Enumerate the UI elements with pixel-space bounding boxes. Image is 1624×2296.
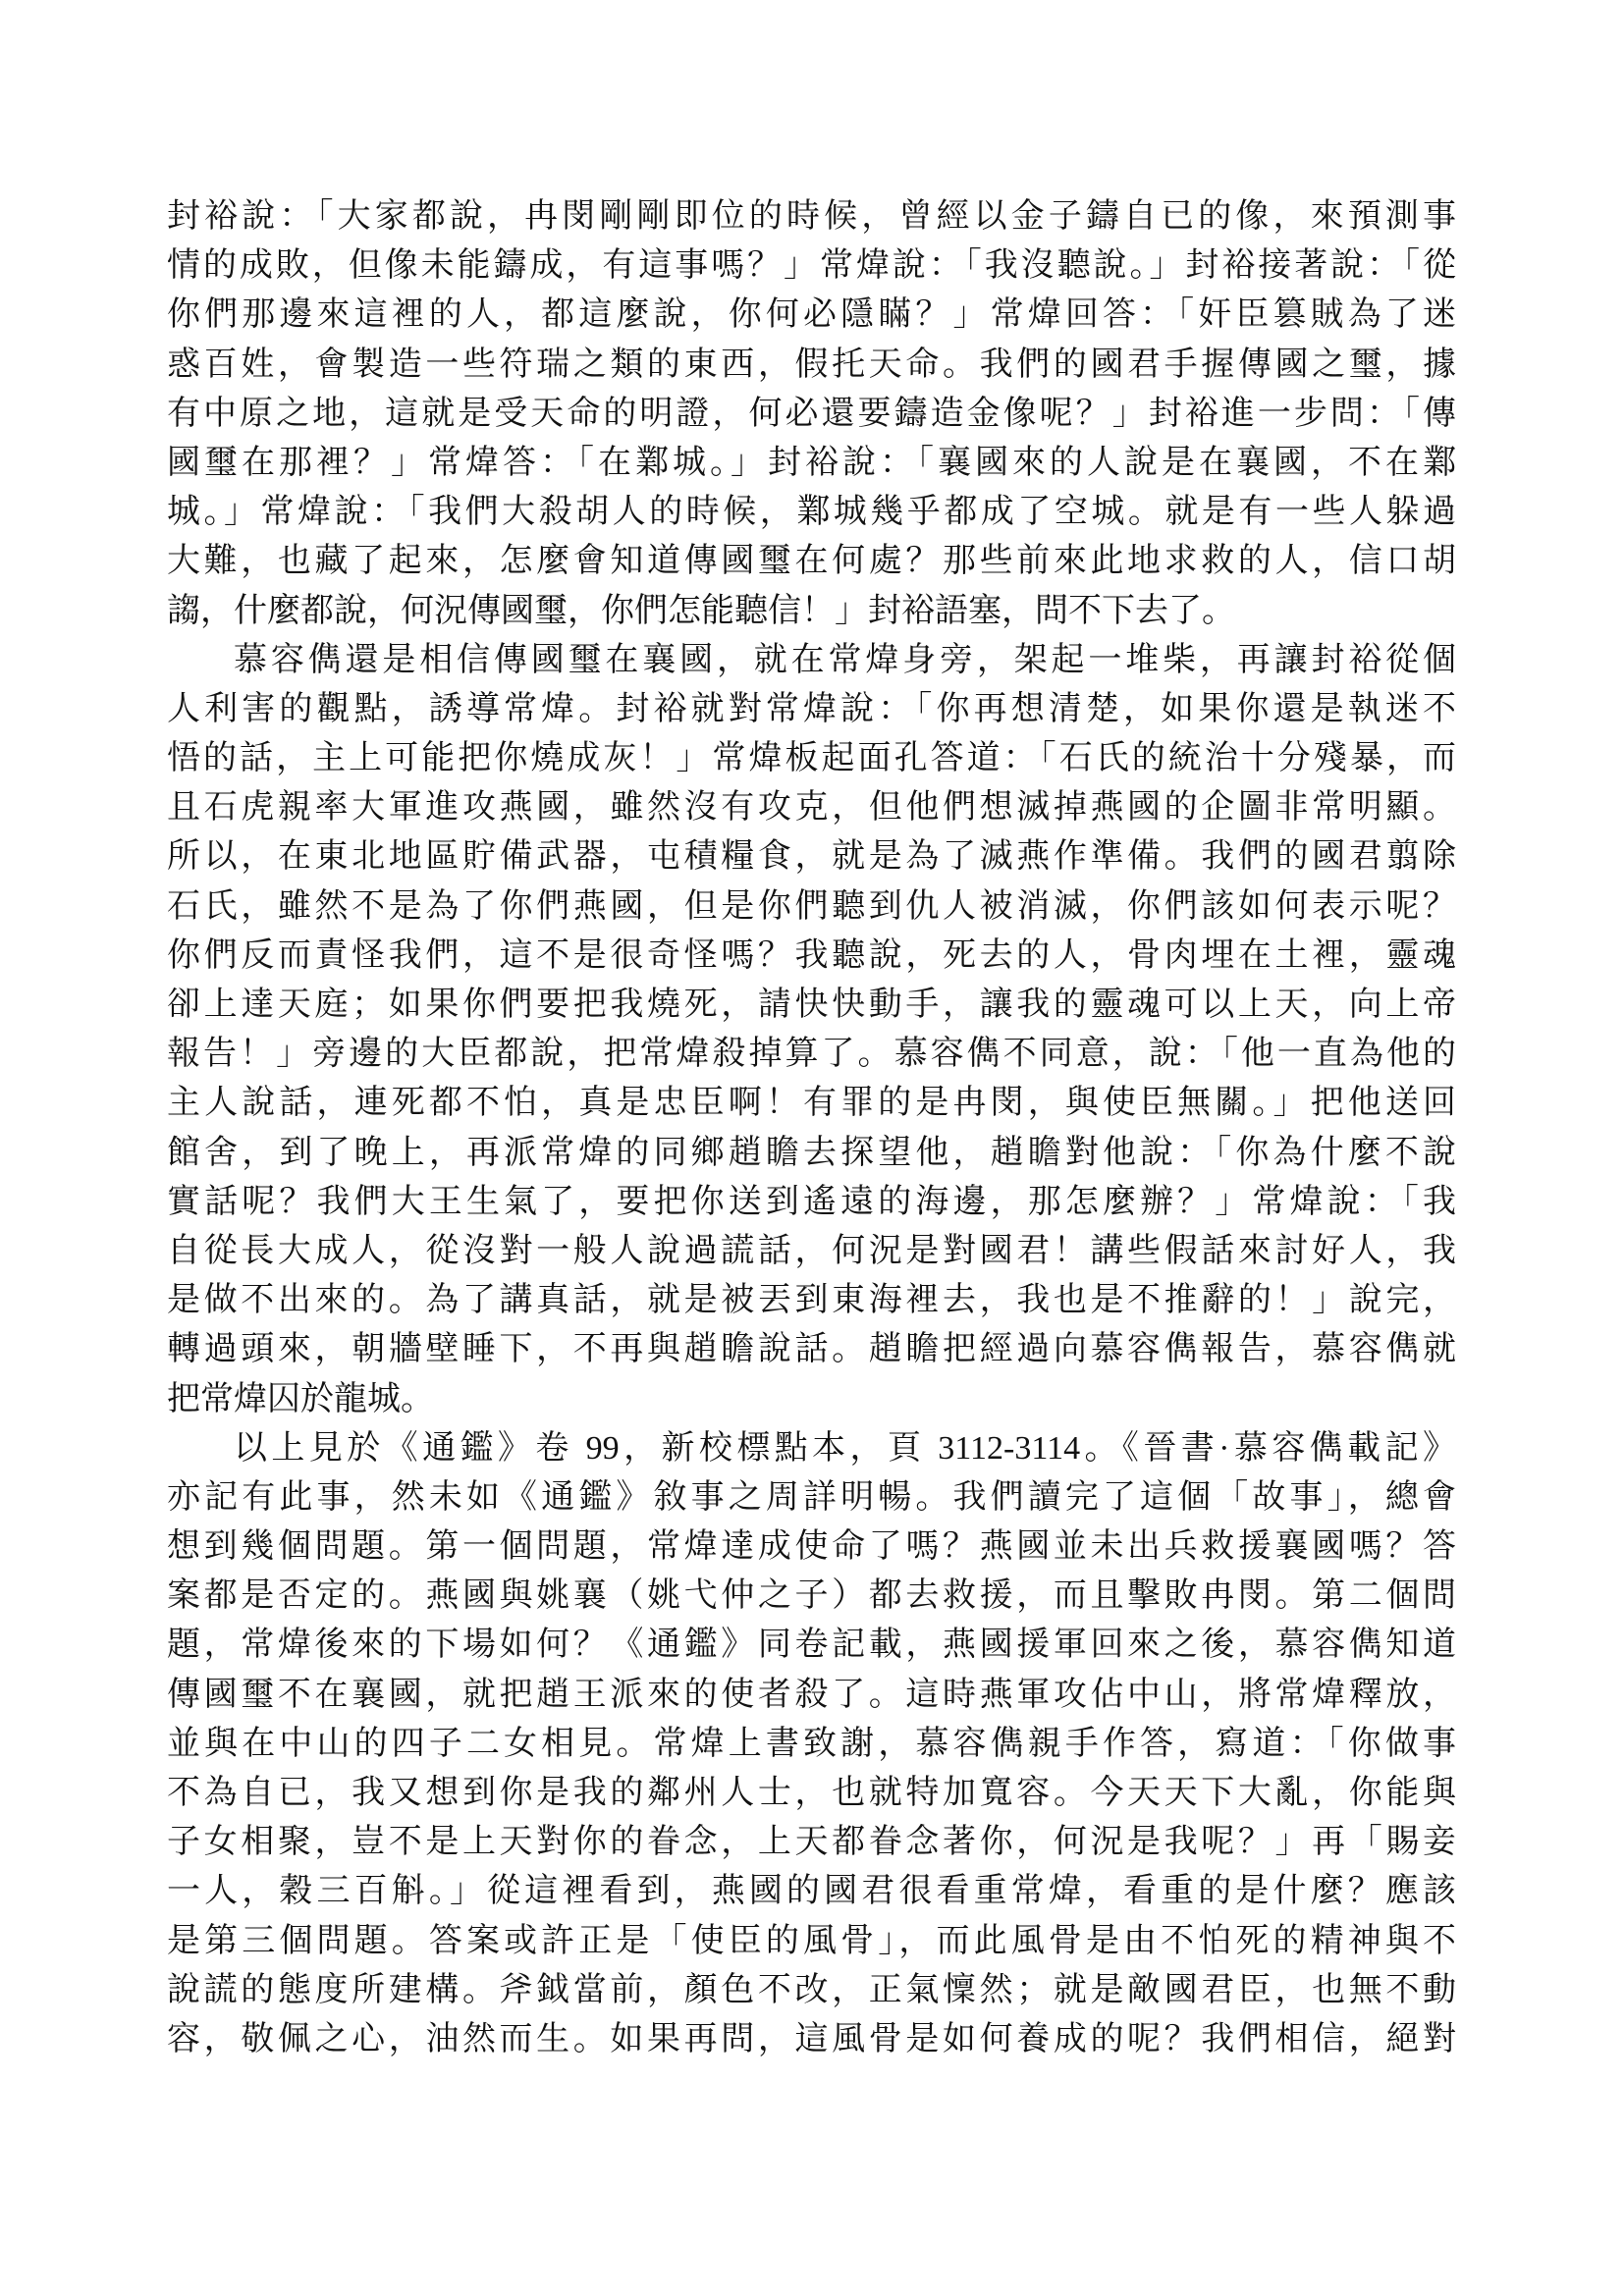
text-line: 報告！」旁邊的大臣都說，把常煒殺掉算了。慕容儁不同意，說：「他一直為他的 xyxy=(167,1030,1456,1079)
text-line: 說謊的態度所建構。斧鉞當前，顏色不改，正氣懍然；就是敵國君臣，也無不動 xyxy=(167,1966,1456,2015)
text-line: 卻上達天庭；如果你們要把我燒死，請快快動手，讓我的靈魂可以上天，向上帝 xyxy=(167,981,1456,1030)
text-line: 城。」常煒說：「我們大殺胡人的時候，鄴城幾乎都成了空城。就是有一些人躲過 xyxy=(167,488,1456,537)
text-line: 一人，穀三百斛。」從這裡看到，燕國的國君很看重常煒，看重的是什麼？應該 xyxy=(167,1867,1456,1916)
text-line: 你們那邊來這裡的人，都這麼說，你何必隱瞞？」常煒回答：「奸臣篡賊為了迷 xyxy=(167,291,1456,340)
text-line: 實話呢？我們大王生氣了，要把你送到遙遠的海邊，那怎麼辦？」常煒說：「我 xyxy=(167,1178,1456,1227)
text-line: 傳國璽不在襄國，就把趙王派來的使者殺了。這時燕軍攻佔中山，將常煒釋放， xyxy=(167,1671,1456,1720)
text-line: 不為自已，我又想到你是我的鄰州人士，也就特加寬容。今天天下大亂，你能與 xyxy=(167,1769,1456,1818)
paragraph: 封裕說：「大家都說，冉閔剛剛即位的時候，曾經以金子鑄自已的像，來預測事情的成敗，… xyxy=(167,192,1456,636)
text-line: 是第三個問題。答案或許正是「使臣的風骨」，而此風骨是由不怕死的精神與不 xyxy=(167,1917,1456,1966)
document-page: 封裕說：「大家都說，冉閔剛剛即位的時候，曾經以金子鑄自已的像，來預測事情的成敗，… xyxy=(0,0,1624,2296)
text-line: 轉過頭來，朝牆壁睡下，不再與趙瞻說話。趙瞻把經過向慕容儁報告，慕容儁就 xyxy=(167,1325,1456,1374)
document-body: 封裕說：「大家都說，冉閔剛剛即位的時候，曾經以金子鑄自已的像，來預測事情的成敗，… xyxy=(167,192,1456,2064)
text-line: 你們反而責怪我們，這不是很奇怪嗎？我聽說，死去的人，骨肉埋在土裡，靈魂 xyxy=(167,932,1456,981)
paragraph: 慕容儁還是相信傳國璽在襄國，就在常煒身旁，架起一堆柴，再讓封裕從個人利害的觀點，… xyxy=(167,636,1456,1424)
text-line: 題，常煒後來的下場如何？《通鑑》同卷記載，燕國援軍回來之後，慕容儁知道 xyxy=(167,1621,1456,1670)
paragraph: 以上見於《通鑑》卷 99，新校標點本，頁 3112-3114。《晉書·慕容儁載記… xyxy=(167,1424,1456,2064)
text-line: 慕容儁還是相信傳國璽在襄國，就在常煒身旁，架起一堆柴，再讓封裕從個 xyxy=(167,636,1456,685)
text-line: 謅，什麼都說，何況傳國璽，你們怎能聽信！」封裕語塞，問不下去了。 xyxy=(167,587,1456,636)
text-line: 有中原之地，這就是受天命的明證，何必還要鑄造金像呢？」封裕進一步問：「傳 xyxy=(167,390,1456,439)
text-line: 亦記有此事，然未如《通鑑》敘事之周詳明暢。我們讀完了這個「故事」，總會 xyxy=(167,1473,1456,1522)
text-line: 封裕說：「大家都說，冉閔剛剛即位的時候，曾經以金子鑄自已的像，來預測事 xyxy=(167,192,1456,241)
text-line: 情的成敗，但像未能鑄成，有這事嗎？」常煒說：「我沒聽說。」封裕接著說：「從 xyxy=(167,241,1456,291)
text-line: 容，敬佩之心，油然而生。如果再問，這風骨是如何養成的呢？我們相信，絕對 xyxy=(167,2015,1456,2064)
text-line: 主人說話，連死都不怕，真是忠臣啊！有罪的是冉閔，與使臣無關。」把他送回 xyxy=(167,1079,1456,1128)
text-line: 且石虎親率大軍進攻燕國，雖然沒有攻克，但他們想滅掉燕國的企圖非常明顯。 xyxy=(167,783,1456,832)
text-line: 悟的話，主上可能把你燒成灰！」常煒板起面孔答道：「石氏的統治十分殘暴，而 xyxy=(167,734,1456,783)
text-line: 石氏，雖然不是為了你們燕國，但是你們聽到仇人被消滅，你們該如何表示呢？ xyxy=(167,882,1456,932)
text-line: 館舍，到了晚上，再派常煒的同鄉趙瞻去探望他，趙瞻對他說：「你為什麼不說 xyxy=(167,1129,1456,1178)
text-line: 惑百姓，會製造一些符瑞之類的東西，假托天命。我們的國君手握傳國之璽，據 xyxy=(167,341,1456,390)
text-line: 所以，在東北地區貯備武器，屯積糧食，就是為了滅燕作準備。我們的國君翦除 xyxy=(167,832,1456,881)
text-line: 並與在中山的四子二女相見。常煒上書致謝，慕容儁親手作答，寫道：「你做事 xyxy=(167,1720,1456,1769)
text-line: 國璽在那裡？」常煒答：「在鄴城。」封裕說：「襄國來的人說是在襄國，不在鄴 xyxy=(167,439,1456,488)
text-line: 大難，也藏了起來，怎麼會知道傳國璽在何處？那些前來此地求救的人，信口胡 xyxy=(167,537,1456,586)
text-line: 以上見於《通鑑》卷 99，新校標點本，頁 3112-3114。《晉書·慕容儁載記… xyxy=(167,1424,1456,1473)
text-line: 子女相聚，豈不是上天對你的眷念，上天都眷念著你，何況是我呢？」再「賜妾 xyxy=(167,1818,1456,1867)
text-line: 把常煒囚於龍城。 xyxy=(167,1375,1456,1424)
text-line: 自從長大成人，從沒對一般人說過謊話，何況是對國君！講些假話來討好人，我 xyxy=(167,1227,1456,1276)
text-line: 人利害的觀點，誘導常煒。封裕就對常煒說：「你再想清楚，如果你還是執迷不 xyxy=(167,685,1456,734)
text-line: 案都是否定的。燕國與姚襄（姚弋仲之子）都去救援，而且擊敗冉閔。第二個問 xyxy=(167,1572,1456,1621)
text-line: 是做不出來的。為了講真話，就是被丟到東海裡去，我也是不推辭的！」說完， xyxy=(167,1276,1456,1325)
text-line: 想到幾個問題。第一個問題，常煒達成使命了嗎？燕國並未出兵救援襄國嗎？答 xyxy=(167,1522,1456,1572)
